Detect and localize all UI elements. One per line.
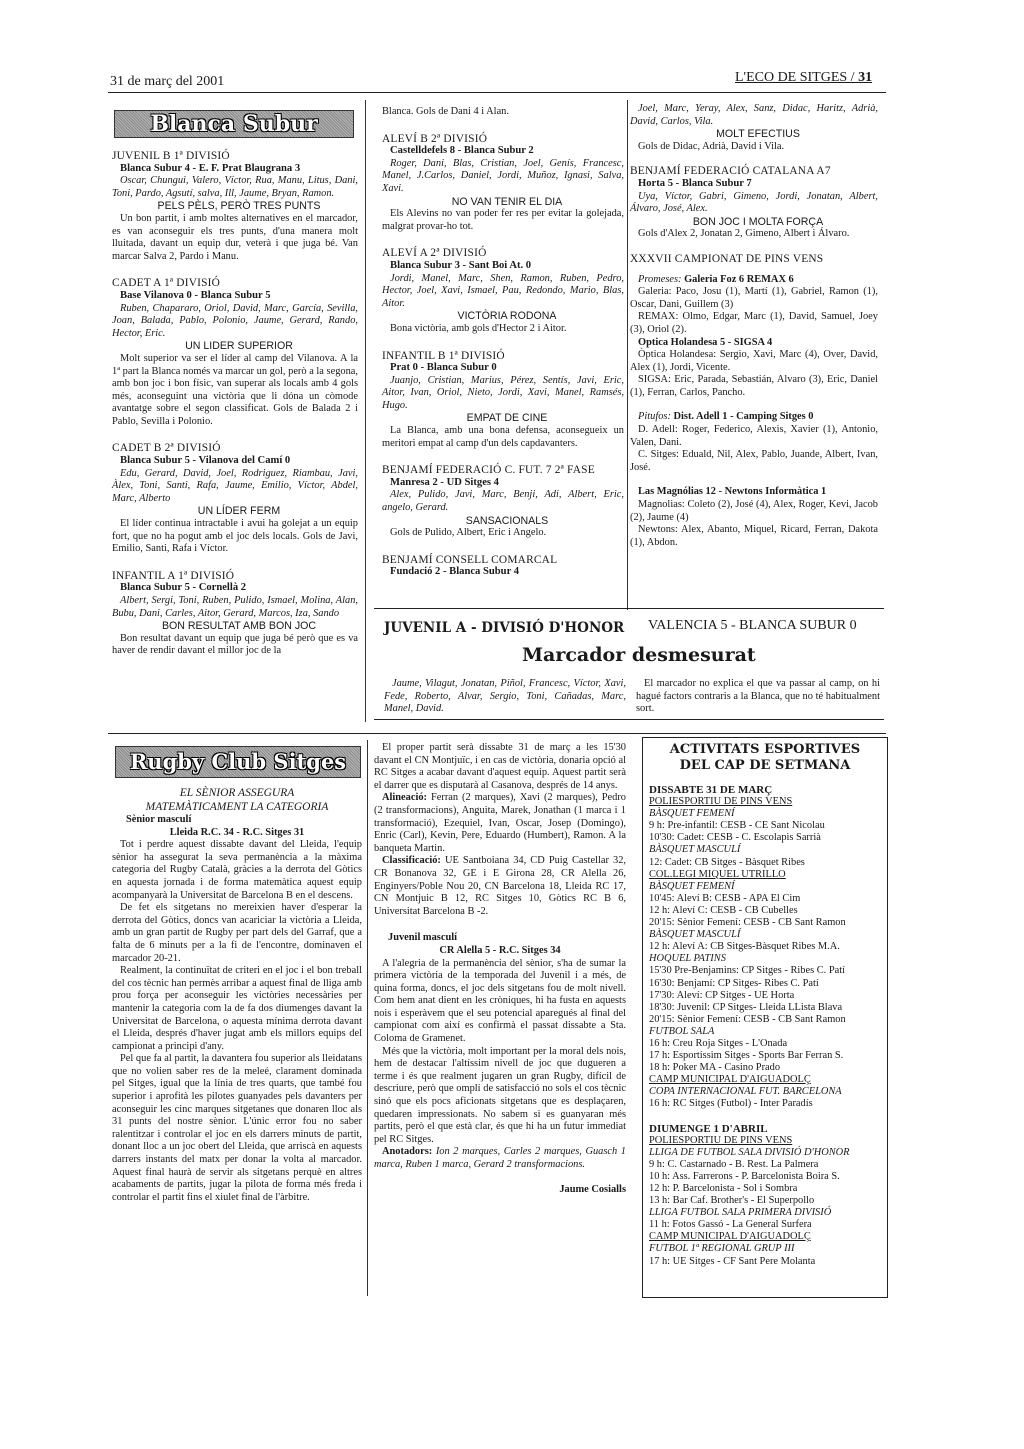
- schedule-game: 11 h: Fotos Gassó - La General Surfera: [649, 1219, 881, 1231]
- rugby-headline: EL SÈNIOR ASSEGURA MATEMÀTICAMENT LA CAT…: [112, 786, 362, 814]
- blanca-col2: Blanca. Gols de Dani 4 i Alan. ALEVÍ B 2…: [382, 106, 624, 579]
- schedule-venue: POLIESPORTIU DE PINS VENS: [649, 796, 881, 808]
- player-list: Oscar, Chungui, Valero, Víctor, Rua, Man…: [112, 175, 358, 200]
- lineup-line: Galeria: Paco, Josu (1), Martí (1), Gabr…: [630, 286, 878, 311]
- report-headline: VICTÒRIA RODONA: [382, 310, 624, 323]
- author-signature: Jaume Cosialls: [374, 1184, 626, 1197]
- pins-vens-section: XXXVII CAMPIONAT DE PINS VENS Promeses: …: [630, 253, 878, 549]
- schedule-game: 13 h: Bar Caf. Brother's - El Superpollo: [649, 1195, 881, 1207]
- report-text: El líder continua intractable i avui ha …: [112, 518, 358, 556]
- juvenil-a-category: JUVENIL A - DIVISIÓ D'HONOR: [384, 620, 624, 636]
- schedule-game: 10 h: Ass. Farrerons - P. Barcelonista B…: [649, 1171, 881, 1183]
- schedule-sport: BÀSQUET MASCULÍ: [649, 844, 881, 856]
- match-score: Base Vilanova 0 - Blanca Subur 5: [120, 290, 358, 303]
- schedule-game: 9 h: Pre-infantil: CESB - CE Sant Nicola…: [649, 820, 881, 832]
- section-rule: [108, 733, 886, 734]
- rugby-col1: EL SÈNIOR ASSEGURA MATEMÀTICAMENT LA CAT…: [112, 786, 362, 1204]
- player-list: Juanjo, Cristian, Marius, Pérez, Sentís,…: [382, 375, 624, 413]
- juvenil-a-player-list: Jaume, Vilagut, Jonatan, Piñol, Francesc…: [384, 678, 626, 716]
- juvenil-a-summary: El marcador no explica el que va passar …: [636, 678, 880, 716]
- pins-vens-match-title: Las Magnólias 12 - Newtons Informàtica 1: [630, 486, 878, 499]
- schedule-game: 16'30: Benjamí: CP Sitges- Ribes C. Patí: [649, 978, 881, 990]
- category-title: ALEVÍ B 2ª DIVISIÓ: [382, 133, 624, 146]
- activitats-title-line1: ACTIVITATS ESPORTIVES: [649, 742, 881, 758]
- schedule-day: DISSABTE 31 DE MARÇ: [649, 784, 881, 796]
- player-list: Alex, Pulido, Javi, Marc, Benji, Adi, Al…: [382, 489, 624, 514]
- report-text: La Blanca, amb una bona defensa, aconseg…: [382, 425, 624, 450]
- player-list: Albert, Sergi, Toni, Ruben, Pulido, Isma…: [112, 595, 358, 620]
- report-text: Gols de Pulido, Albert, Eric i Angelo.: [382, 527, 624, 540]
- category-title: CADET B 2ª DIVISIÓ: [112, 442, 358, 455]
- report-headline: SANSACIONALS: [382, 515, 624, 528]
- lineup-line: Magnolias: Coleto (2), José (4), Alex, R…: [630, 499, 878, 524]
- match-report: BENJAMÍ CONSELL COMARCALFundació 2 - Bla…: [382, 554, 624, 579]
- lineup-line: Òptica Holandesa: Sergio, Xavi, Marc (4)…: [630, 349, 878, 374]
- blanca-col1: JUVENIL B 1ª DIVISIÓBlanca Subur 4 - E. …: [112, 150, 358, 658]
- report-text: Gols d'Alex 2, Jonatan 2, Gimeno, Albert…: [630, 228, 878, 241]
- schedule-sport: COPA INTERNACIONAL FUT. BARCELONA: [649, 1086, 881, 1098]
- juvenil-match: CR Alella 5 - R.C. Sitges 34: [374, 945, 626, 958]
- schedule-sport: FUTBOL 1ª REGIONAL GRUP III: [649, 1243, 881, 1255]
- category-title: INFANTIL A 1ª DIVISIÓ: [112, 570, 358, 583]
- report-headline: BON RESULTAT AMB BON JOC: [112, 620, 358, 633]
- league-label: Promeses:: [638, 274, 681, 285]
- match-score: Las Magnólias 12 - Newtons Informàtica 1: [638, 486, 826, 497]
- senior-match: Lleida R.C. 34 - R.C. Sitges 31: [112, 827, 362, 840]
- pins-vens-match: Pitufos: Dist. Adell 1 - Camping Sitges …: [630, 411, 878, 474]
- juvenil-a-score: VALENCIA 5 - BLANCA SUBUR 0: [648, 618, 857, 634]
- player-list: Ruben, Chapararo, Oriol, David, Marc, Ga…: [112, 303, 358, 341]
- schedule-game: 10'45: Aleví B: CESB - APA El Cim: [649, 893, 881, 905]
- schedule-game: 18'30: Juvenil: CP Sitges- Lleida LLista…: [649, 1002, 881, 1014]
- report-headline: NO VAN TENIR EL DIA: [382, 196, 624, 209]
- schedule-game: 20'15: Sènior Femení: CESB - CB Sant Ram…: [649, 1014, 881, 1026]
- pins-vens-title: XXXVII CAMPIONAT DE PINS VENS: [630, 253, 878, 266]
- publication-header: L'ECO DE SITGES / 31: [735, 70, 872, 86]
- page-date: 31 de març del 2001: [110, 74, 224, 90]
- schedule-game: 10'30: Cadet: CESB - C. Escolapis Sarrià: [649, 832, 881, 844]
- match-report: ALEVÍ A 2ª DIVISIÓBlanca Subur 3 - Sant …: [382, 247, 624, 335]
- activitats-title-line2: DEL CAP DE SETMANA: [649, 758, 881, 774]
- category-title: CADET A 1ª DIVISIÓ: [112, 277, 358, 290]
- schedule-sport: BÀSQUET MASCULÍ: [649, 929, 881, 941]
- col3-lead-text: Gols de Didac, Adrià, David i Vila.: [630, 141, 878, 154]
- schedule-game: 16 h: Creu Roja Sitges - L'Onada: [649, 1038, 881, 1050]
- pins-vens-match-title: Promeses: Galeria Foz 6 REMAX 6: [630, 274, 878, 287]
- senior-label: Sènior masculí: [126, 814, 362, 827]
- column-divider: [365, 100, 366, 722]
- activitats-schedule: DISSABTE 31 DE MARÇPOLIESPORTIU DE PINS …: [649, 784, 881, 1268]
- lineup-line: C. Sitges: Eduald, Nil, Alex, Pablo, Jua…: [630, 449, 878, 474]
- pins-vens-match-title: Optica Holandesa 5 - SIGSA 4: [630, 337, 878, 350]
- category-title: INFANTIL B 1ª DIVISIÓ: [382, 350, 624, 363]
- schedule-sport: BÀSQUET FEMENÍ: [649, 808, 881, 820]
- player-list: Jordi, Manel, Marc, Shen, Ramon, Ruben, …: [382, 273, 624, 311]
- schedule-venue: COL.LEGI MIQUEL UTRILLO: [649, 869, 881, 881]
- player-list: Roger, Dani, Blas, Cristian, Joel, Genís…: [382, 158, 624, 196]
- match-report: JUVENIL B 1ª DIVISIÓBlanca Subur 4 - E. …: [112, 150, 358, 263]
- schedule-game: 20'15: Sènior Femení: CESB - CB Sant Ram…: [649, 917, 881, 929]
- col2-lead: Blanca. Gols de Dani 4 i Alan.: [382, 106, 624, 119]
- juvenil-a-players: Jaume, Vilagut, Jonatan, Piñol, Francesc…: [384, 678, 626, 716]
- schedule-sport: BÀSQUET FEMENÍ: [649, 881, 881, 893]
- match-score: Manresa 2 - UD Sitges 4: [390, 477, 624, 490]
- schedule-game: 17 h: Esportíssim Sitges - Sports Bar Fe…: [649, 1050, 881, 1062]
- category-title: BENJAMÍ CONSELL COMARCAL: [382, 554, 624, 567]
- rugby-paragraph: De fet els sitgetans no mereixien haver …: [112, 902, 362, 965]
- report-headline: EMPAT DE CINE: [382, 412, 624, 425]
- lineup-line: D. Adell: Roger, Federico, Alexis, Xavie…: [630, 424, 878, 449]
- report-headline: BON JOC I MOLTA FORÇA: [630, 216, 878, 229]
- schedule-sport: HOQUEL PATINS: [649, 953, 881, 965]
- alineacio-label: Alineació:: [382, 792, 427, 803]
- report-text: Un bon partit, i amb moltes alternatives…: [112, 213, 358, 263]
- page-number: 31: [858, 70, 872, 85]
- rugby-banner: Rugby Club Sitges: [115, 746, 361, 778]
- activitats-title: ACTIVITATS ESPORTIVES DEL CAP DE SETMANA: [649, 742, 881, 774]
- anotadors-label: Anotadors:: [382, 1146, 432, 1157]
- lineup-line: SIGSA: Eric, Parada, Sebastián, Alvaro (…: [630, 374, 878, 399]
- schedule-sport: LLIGA FUTBOL SALA PRIMERA DIVISIÓ: [649, 1207, 881, 1219]
- pins-vens-match: Las Magnólias 12 - Newtons Informàtica 1…: [630, 486, 878, 549]
- column-divider: [367, 740, 368, 1296]
- rugby-classificacio: Classificació: UE Santboiana 34, CD Puig…: [374, 855, 626, 918]
- report-text: Els Alevins no van poder fer res per evi…: [382, 208, 624, 233]
- schedule-game: 15'30 Pre-Benjamins: CP Sitges - Ribes C…: [649, 965, 881, 977]
- match-score: Blanca Subur 5 - Vilanova del Camí 0: [120, 455, 358, 468]
- schedule-sport: FUTBOL SALA: [649, 1026, 881, 1038]
- juvenil-a-title: Marcador desmesurat: [522, 644, 756, 666]
- juvenil-a-top-rule: [374, 608, 884, 609]
- report-text: Bon resultat davant un equip que juga bé…: [112, 633, 358, 658]
- match-report: BENJAMÍ FEDERACIÓ CATALANA A7Horta 5 - B…: [630, 165, 878, 241]
- player-list: Uya, Víctor, Gabri, Gimeno, Jordi, Jonat…: [630, 191, 878, 216]
- pins-vens-match-title: Pitufos: Dist. Adell 1 - Camping Sitges …: [630, 411, 878, 424]
- league-label: Pitufos:: [638, 411, 671, 422]
- schedule-game: 12: Cadet: CB Sitges - Bàsquet Ribes: [649, 857, 881, 869]
- match-score: Horta 5 - Blanca Subur 7: [638, 178, 878, 191]
- pins-vens-match: Promeses: Galeria Foz 6 REMAX 6Galeria: …: [630, 274, 878, 337]
- match-score: Castelldefels 8 - Blanca Subur 2: [390, 145, 624, 158]
- publication-name: L'ECO DE SITGES /: [735, 70, 858, 85]
- header-rule: [108, 92, 886, 93]
- match-score: Optica Holandesa 5 - SIGSA 4: [638, 337, 772, 348]
- match-report: INFANTIL B 1ª DIVISIÓPrat 0 - Blanca Sub…: [382, 350, 624, 451]
- classificacio-label: Classificació:: [382, 855, 441, 866]
- blanca-col3: Joel, Marc, Yeray, Alex, Sanz, Didac, Ha…: [630, 103, 878, 549]
- match-score: Blanca Subur 3 - Sant Boi At. 0: [390, 260, 624, 273]
- category-title: ALEVÍ A 2ª DIVISIÓ: [382, 247, 624, 260]
- juvenil-a-text: El marcador no explica el que va passar …: [636, 678, 880, 716]
- rugby-col2: El proper partit serà dissabte 31 de mar…: [374, 742, 626, 1196]
- schedule-game: 12 h: Aleví C: CESB - CB Cubelles: [649, 905, 881, 917]
- schedule-sport: LLIGA DE FUTBOL SALA DIVISIÓ D'HONOR: [649, 1147, 881, 1159]
- pins-vens-match: Optica Holandesa 5 - SIGSA 4Òptica Holan…: [630, 337, 878, 400]
- schedule-game: 17 h: UE Sitges - CF Sant Pere Molanta: [649, 1256, 881, 1268]
- rugby-alineacio: Alineació: Ferran (2 marques), Xavi (2 m…: [374, 792, 626, 855]
- match-score: Galeria Foz 6 REMAX 6: [681, 274, 793, 285]
- schedule-game: 18 h: Poker MA - Casino Prado: [649, 1062, 881, 1074]
- schedule-game: 9 h: C. Castarnado - B. Rest. La Palmera: [649, 1159, 881, 1171]
- match-report: ALEVÍ B 2ª DIVISIÓCastelldefels 8 - Blan…: [382, 133, 624, 234]
- rugby-next-match: El proper partit serà dissabte 31 de mar…: [374, 742, 626, 792]
- lineup-line: Newtons: Alex, Abanto, Miquel, Ricard, F…: [630, 524, 878, 549]
- match-report: INFANTIL A 1ª DIVISIÓBlanca Subur 5 - Co…: [112, 570, 358, 658]
- schedule-gap: [649, 1111, 881, 1123]
- lineup-line: REMAX: Olmo, Edgar, Marc (1), David, Sam…: [630, 311, 878, 336]
- match-report: CADET A 1ª DIVISIÓBase Vilanova 0 - Blan…: [112, 277, 358, 428]
- match-score: Blanca Subur 5 - Cornellà 2: [120, 582, 358, 595]
- rugby-paragraph: Més que la victòria, molt important per …: [374, 1046, 626, 1147]
- schedule-game: 12 h: P. Barcelonista - Sol i Sombra: [649, 1183, 881, 1195]
- match-report: BENJAMÍ FEDERACIÓ C. FUT. 7 2ª FASEManre…: [382, 464, 624, 540]
- rugby-paragraph: Realment, la continuïtat de criteri en e…: [112, 965, 362, 1053]
- schedule-venue: POLIESPORTIU DE PINS VENS: [649, 1135, 881, 1147]
- category-title: BENJAMÍ FEDERACIÓ CATALANA A7: [630, 165, 878, 178]
- schedule-game: 17'30: Aleví: CP Sitges - UE Horta: [649, 990, 881, 1002]
- match-report: CADET B 2ª DIVISIÓBlanca Subur 5 - Vilan…: [112, 442, 358, 555]
- col3-lead-players: Joel, Marc, Yeray, Alex, Sanz, Didac, Ha…: [630, 103, 878, 128]
- rugby-anotadors: Anotadors: Ion 2 marques, Carles 2 marqu…: [374, 1146, 626, 1171]
- match-score: Prat 0 - Blanca Subur 0: [390, 362, 624, 375]
- blanca-subur-banner: Blanca Subur: [114, 110, 354, 138]
- match-score: Blanca Subur 4 - E. F. Prat Blaugrana 3: [120, 163, 358, 176]
- schedule-day: DIUMENGE 1 D'ABRIL: [649, 1123, 881, 1135]
- rugby-paragraph: A l'alegria de la permanència del sènior…: [374, 958, 626, 1046]
- report-headline: UN LÍDER FERM: [112, 505, 358, 518]
- rugby-paragraph: Tot i perdre aquest dissabte davant del …: [112, 839, 362, 902]
- schedule-game: 12 h: Aleví A: CB Sitges-Bàsquet Ribes M…: [649, 941, 881, 953]
- category-title: BENJAMÍ FEDERACIÓ C. FUT. 7 2ª FASE: [382, 464, 624, 477]
- rugby-paragraph: Pel que fa al partit, la davantera fou s…: [112, 1053, 362, 1204]
- report-headline: PELS PÈLS, PERÒ TRES PUNTS: [112, 200, 358, 213]
- player-list: Edu, Gerard, David, Joel, Rodriguez, Ria…: [112, 468, 358, 506]
- schedule-venue: CAMP MUNICIPAL D'AIGUADOLÇ: [649, 1074, 881, 1086]
- category-title: JUVENIL B 1ª DIVISIÓ: [112, 150, 358, 163]
- section-rule: [374, 719, 884, 720]
- match-score: Dist. Adell 1 - Camping Sitges 0: [671, 411, 814, 422]
- report-headline: UN LIDER SUPERIOR: [112, 340, 358, 353]
- report-text: Molt superior va ser el líder al camp de…: [112, 353, 358, 429]
- activitats-box: ACTIVITATS ESPORTIVES DEL CAP DE SETMANA…: [642, 737, 888, 1298]
- report-text: Bona victòria, amb gols d'Hector 2 i Ait…: [382, 323, 624, 336]
- juvenil-label: Juvenil masculí: [388, 932, 626, 945]
- col3-lead-headline: MOLT EFECTIUS: [630, 128, 878, 141]
- column-divider: [627, 100, 628, 610]
- schedule-venue: CAMP MUNICIPAL D'AIGUADOLÇ: [649, 1231, 881, 1243]
- schedule-game: 16 h: RC Sitges (Futbol) - Inter Paradís: [649, 1098, 881, 1110]
- match-score: Fundació 2 - Blanca Subur 4: [390, 566, 624, 579]
